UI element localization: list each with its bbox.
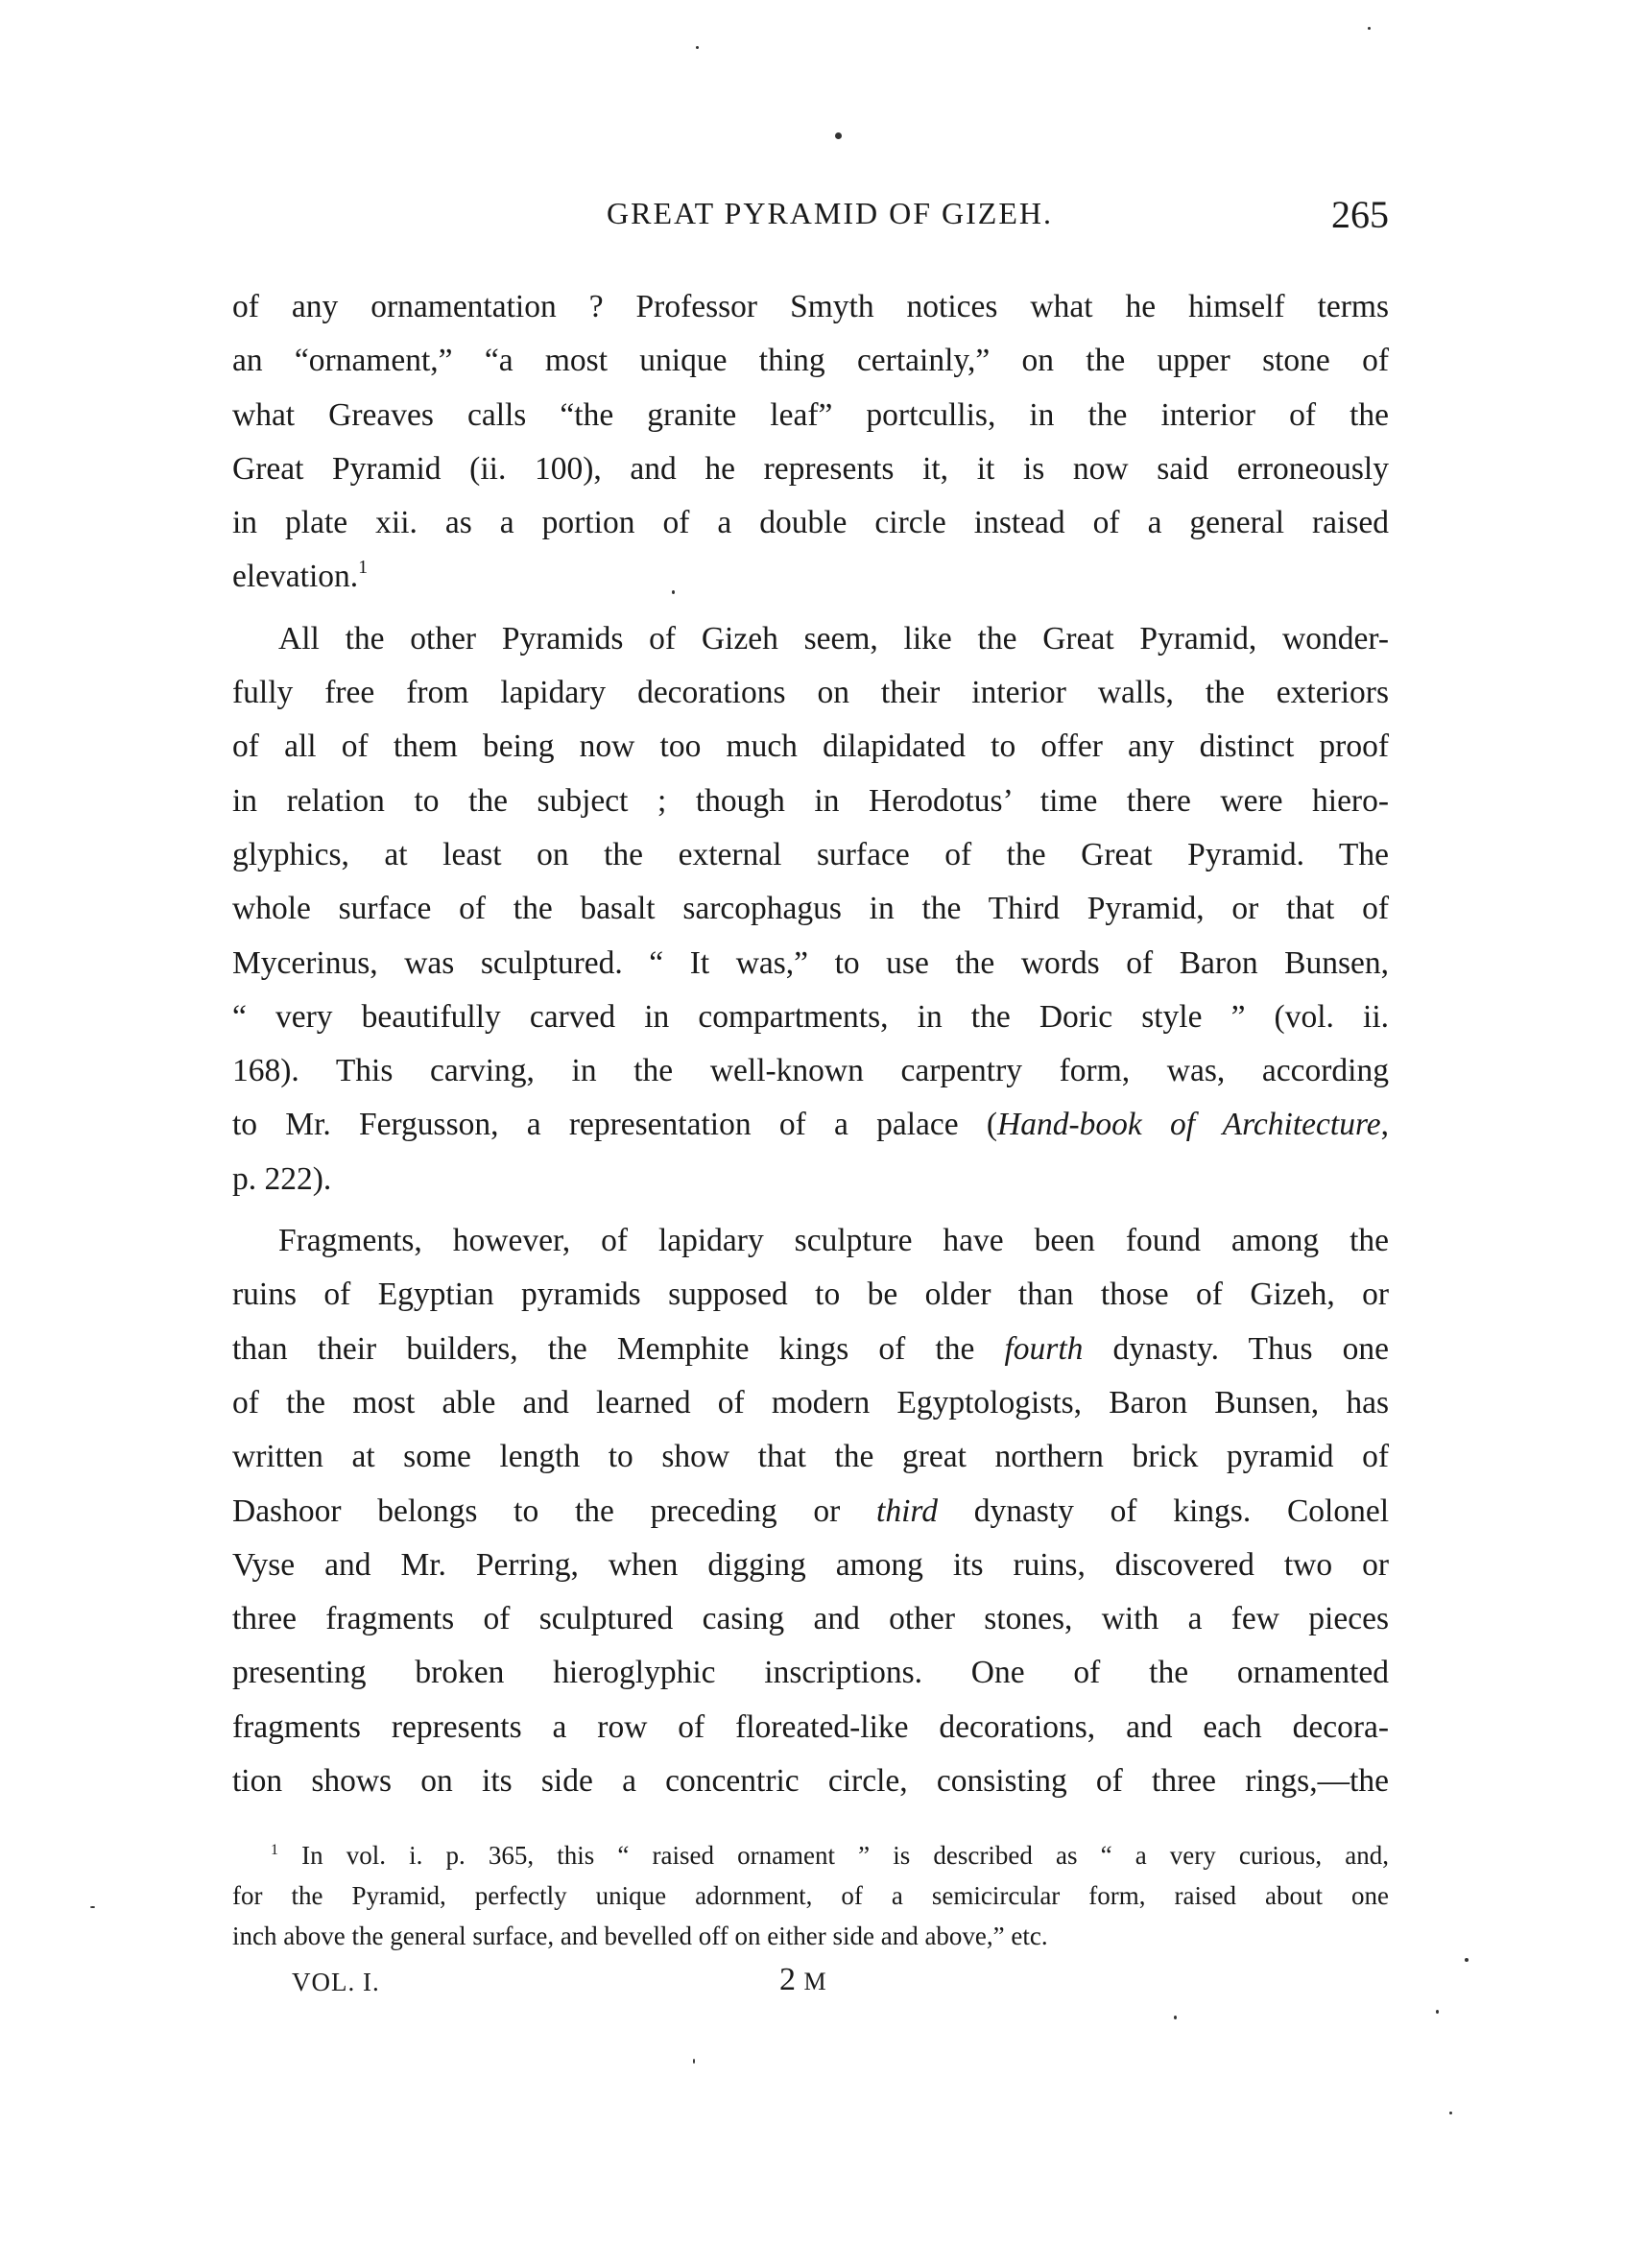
emphasis-third: third bbox=[876, 1493, 938, 1529]
text-line: an “ornament,” “a most unique thing cert… bbox=[232, 334, 1389, 388]
running-title: GREAT PYRAMID OF GIZEH. bbox=[232, 196, 1389, 231]
volume-label: VOL. I. bbox=[292, 1968, 380, 1997]
text-line: whole surface of the basalt sarcophagus … bbox=[232, 882, 1389, 936]
text-line: presenting broken hieroglyphic inscripti… bbox=[232, 1646, 1389, 1700]
text-line: elevation.1 bbox=[232, 550, 1389, 604]
signature-line: VOL. I. 2 M bbox=[232, 1968, 1389, 2006]
text-line: of any ornamentation ? Professor Smyth n… bbox=[232, 280, 1389, 334]
footnote-marker: 1 bbox=[271, 1842, 278, 1858]
text-line: Dashoor belongs to the preceding or thir… bbox=[232, 1485, 1389, 1539]
text-line: of all of them being now too much dilapi… bbox=[232, 720, 1389, 774]
text-line: ruins of Egyptian pyramids supposed to b… bbox=[232, 1268, 1389, 1322]
text-line: “ very beautifully carved in compartment… bbox=[232, 991, 1389, 1044]
text-line: glyphics, at least on the external surfa… bbox=[232, 828, 1389, 882]
scan-speck bbox=[696, 46, 699, 49]
footnote-line: 1 In vol. i. p. 365, this “ raised ornam… bbox=[232, 1835, 1389, 1875]
printer-signature-mark: 2 M bbox=[779, 1962, 826, 1998]
book-page: GREAT PYRAMID OF GIZEH. 265 of any ornam… bbox=[0, 0, 1648, 2268]
page-number: 265 bbox=[1331, 192, 1389, 237]
scan-speck bbox=[672, 590, 675, 594]
footnote-line: inch above the general surface, and beve… bbox=[232, 1916, 1389, 1956]
paragraph-3: Fragments, however, of lapidary sculptur… bbox=[232, 1214, 1389, 1808]
text-line: 168). This carving, in the well-known ca… bbox=[232, 1044, 1389, 1098]
running-head: GREAT PYRAMID OF GIZEH. 265 bbox=[232, 192, 1389, 250]
scan-speck bbox=[1465, 1958, 1469, 1962]
scan-speck bbox=[1449, 2112, 1452, 2114]
footnote-line: for the Pyramid, perfectly unique adornm… bbox=[232, 1875, 1389, 1916]
emphasis-fourth: fourth bbox=[1005, 1331, 1084, 1367]
scan-speck bbox=[1174, 2016, 1177, 2019]
book-title-citation: Hand-book of Architecture bbox=[997, 1107, 1381, 1142]
text-line: what Greaves calls “the granite leaf” po… bbox=[232, 389, 1389, 442]
text-line: fully free from lapidary decorations on … bbox=[232, 666, 1389, 720]
footnote-reference[interactable]: 1 bbox=[358, 557, 368, 578]
text-line: than their builders, the Memphite kings … bbox=[232, 1323, 1389, 1376]
scan-speck bbox=[1368, 27, 1371, 30]
scan-speck bbox=[90, 1906, 95, 1908]
body-text: of any ornamentation ? Professor Smyth n… bbox=[232, 280, 1389, 1808]
text-line: Vyse and Mr. Perring, when digging among… bbox=[232, 1539, 1389, 1592]
text-line: Fragments, however, of lapidary sculptur… bbox=[232, 1214, 1389, 1268]
text-line: in relation to the subject ; though in H… bbox=[232, 775, 1389, 828]
text-line: to Mr. Fergusson, a representation of a … bbox=[232, 1098, 1389, 1152]
paragraph-1: of any ornamentation ? Professor Smyth n… bbox=[232, 280, 1389, 605]
text-line: fragments represents a row of floreated-… bbox=[232, 1701, 1389, 1755]
footnotes: 1 In vol. i. p. 365, this “ raised ornam… bbox=[232, 1835, 1389, 1956]
scan-speck bbox=[835, 132, 842, 139]
scan-speck bbox=[693, 2059, 695, 2064]
text-line: Mycerinus, was sculptured. “ It was,” to… bbox=[232, 937, 1389, 991]
paragraph-2: All the other Pyramids of Gizeh seem, li… bbox=[232, 612, 1389, 1206]
text-line: three fragments of sculptured casing and… bbox=[232, 1592, 1389, 1646]
text-line: Great Pyramid (ii. 100), and he represen… bbox=[232, 442, 1389, 496]
text-line: All the other Pyramids of Gizeh seem, li… bbox=[232, 612, 1389, 666]
text-line: in plate xii. as a portion of a double c… bbox=[232, 496, 1389, 550]
text-line: p. 222). bbox=[232, 1153, 1389, 1206]
text-line: of the most able and learned of modern E… bbox=[232, 1376, 1389, 1430]
scan-speck bbox=[1436, 2010, 1439, 2014]
text-line: written at some length to show that the … bbox=[232, 1430, 1389, 1484]
text-line: tion shows on its side a concentric circ… bbox=[232, 1755, 1389, 1808]
